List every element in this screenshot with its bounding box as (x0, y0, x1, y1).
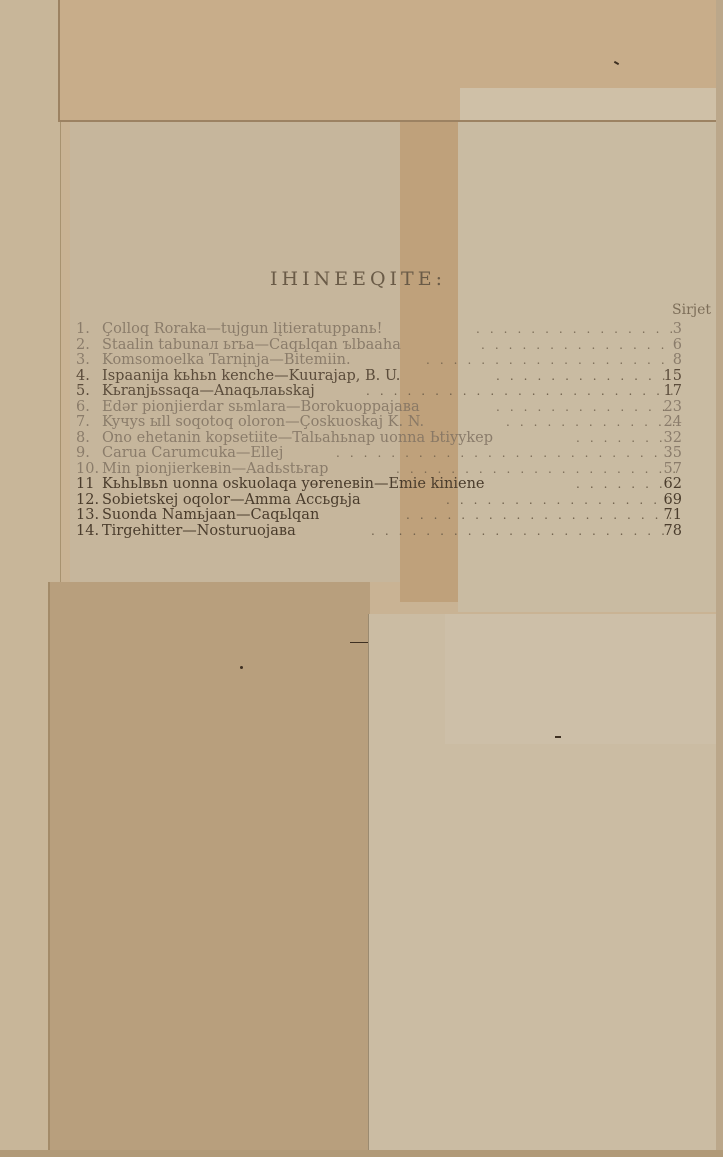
toc-entry: 5.Kьranjьssaqa—Anaqьлaьskaj ............… (76, 384, 696, 400)
toc-entry: 10.Min pionjierkeвin—Aadьstьrap ........… (76, 462, 696, 478)
entry-page: 23 (658, 400, 682, 416)
entry-title: Sobietskej oqolor—Amma Accьgьja (102, 493, 361, 509)
entry-title: Kьranjьssaqa—Anaqьлaьskaj (102, 384, 315, 400)
entry-page: 69 (658, 493, 682, 509)
entry-title: Komsomoelka Tarnįnja—Bitemiin. (102, 353, 351, 369)
toc-entry: 3.Komsomoelka Tarnįnja—Bitemiin. .......… (76, 353, 696, 369)
entry-number: 2. (76, 338, 102, 354)
toc-entry: 6.Edər pionjierdar sьmlara—Borokuoppajaв… (76, 400, 696, 416)
entry-number: 10. (76, 462, 102, 478)
entry-number: 11 (76, 477, 102, 493)
entry-number: 6. (76, 400, 102, 416)
entry-number: 14. (76, 524, 102, 540)
entry-page: 62 (658, 477, 682, 493)
entry-page: 24 (658, 415, 682, 431)
paper-lower-right-patch (445, 614, 723, 744)
toc-entry: 11Kьhьlвьn uonna oskuolaqa yөreneвin—Emi… (76, 477, 696, 493)
page-column-label: Sirjet (672, 302, 711, 318)
leader-dots: .............................. (336, 446, 676, 462)
entry-page: 6 (658, 338, 682, 354)
toc-entry: 1.Çolloq Roraka—tujgun lįtieratuppanь! .… (76, 322, 696, 338)
paper-lower-left-sheet (48, 582, 370, 1157)
entry-title: Staalin tabunaл ьrьa—Caqьlqan ъlbaaha (102, 338, 401, 354)
entry-number: 4. (76, 369, 102, 385)
entry-number: 9. (76, 446, 102, 462)
toc-entry: 14.Tirgehitter—Nosturuojaвa ............… (76, 524, 696, 540)
leader-dots: ............... (496, 369, 676, 385)
ink-dot (240, 666, 243, 669)
entry-page: 57 (658, 462, 682, 478)
leader-dots: ........................ (406, 508, 676, 524)
leader-dots: ............. (506, 415, 676, 431)
entry-number: 12. (76, 493, 102, 509)
entry-number: 3. (76, 353, 102, 369)
leader-dots: ..................... (446, 493, 676, 509)
entry-title: Min pionjierkeвin—Aadьstьrap (102, 462, 328, 478)
toc-entry: 7.Kyчys ыll soqotoq oloron—Çoskuoskaj K.… (76, 415, 696, 431)
paper-top-light-patch (460, 88, 723, 120)
entry-title: Kyчys ыll soqotoq oloron—Çoskuoskaj K. N… (102, 415, 424, 431)
leader-dots: ........................... (371, 524, 676, 540)
toc-entry: 13.Suonda Namьjaan—Caqьlqan ............… (76, 508, 696, 524)
toc-list: 1.Çolloq Roraka—tujgun lįtieratuppanь! .… (76, 322, 696, 539)
entry-page: 35 (658, 446, 682, 462)
entry-title: Tirgehitter—Nosturuojaвa (102, 524, 296, 540)
ink-dash-mark (350, 642, 368, 643)
entry-page: 71 (658, 508, 682, 524)
toc-entry: 9.Carua Carumcuka—Ellej ................… (76, 446, 696, 462)
leader-dots: .................. (476, 322, 676, 338)
entry-title: Carua Carumcuka—Ellej (102, 446, 283, 462)
toc-entry: 4.Ispaanija kьhьn kenche—Kuurajap, B. U.… (76, 369, 696, 385)
entry-title: Kьhьlвьn uonna oskuolaqa yөreneвin—Emie … (102, 477, 485, 493)
entry-number: 7. (76, 415, 102, 431)
leader-dots: ...................... (426, 353, 676, 369)
entry-title: Suonda Namьjaan—Caqьlqan (102, 508, 319, 524)
ink-speck (555, 736, 561, 738)
toc-heading: IHINEEQITE: (270, 268, 446, 290)
entry-title: Edər pionjierdar sьmlara—Borokuoppajaвa (102, 400, 420, 416)
toc-entry: 8.Ono ehetanin kopsetiite—Talьahьnap uon… (76, 431, 696, 447)
entry-page: 8 (658, 353, 682, 369)
entry-page: 3 (658, 322, 682, 338)
leader-dots: ......................... (396, 462, 676, 478)
entry-page: 78 (658, 524, 682, 540)
entry-number: 1. (76, 322, 102, 338)
paper-bottom-edge (0, 1150, 723, 1157)
paper-right-edge (716, 0, 723, 1157)
leader-dots: ............... (496, 400, 676, 416)
entry-number: 5. (76, 384, 102, 400)
entry-number: 13. (76, 508, 102, 524)
entry-number: 8. (76, 431, 102, 447)
entry-title: Ono ehetanin kopsetiite—Talьahьnap uonna… (102, 431, 493, 447)
leader-dots: ........................... (366, 384, 676, 400)
entry-page: 15 (658, 369, 682, 385)
entry-title: Çolloq Roraka—tujgun lįtieratuppanь! (102, 322, 382, 338)
toc-entry: 2.Staalin tabunaл ьrьa—Caqьlqan ъlbaaha … (76, 338, 696, 354)
toc-entry: 12.Sobietskej oqolor—Amma Accьgьja .....… (76, 493, 696, 509)
entry-title: Ispaanija kьhьn kenche—Kuurajap, B. U. (102, 369, 400, 385)
entry-page: 17 (658, 384, 682, 400)
leader-dots: .................. (481, 338, 676, 354)
entry-page: 32 (658, 431, 682, 447)
